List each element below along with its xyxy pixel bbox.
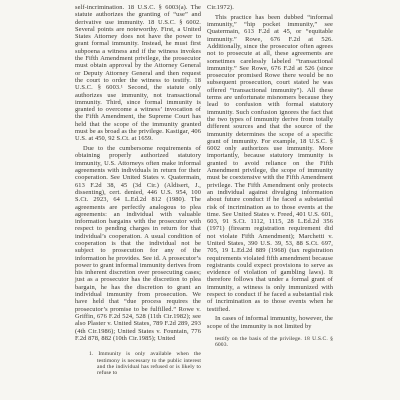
right-text-column: Cir.1972). This practice has been dubbed… (207, 4, 333, 349)
footnote-text: testify on the basis of the privilege. 1… (213, 336, 333, 349)
footnote-text: 1. Immunity is only available when the t… (89, 351, 201, 377)
left-text-column: self-incrimination. 18 U.S.C. § 6003(a).… (75, 4, 201, 377)
paragraph: Due to the cumbersome requirements of ob… (75, 145, 201, 342)
paragraph: This practice has been dubbed “informal … (207, 14, 333, 313)
paragraph: self-incrimination. 18 U.S.C. § 6003(a).… (75, 4, 201, 143)
scanned-document-page: self-incrimination. 18 U.S.C. § 6003(a).… (0, 0, 400, 400)
footnote-1: 1. Immunity is only available when the t… (75, 351, 201, 377)
paragraph: In cases of informal immunity, however, … (207, 315, 333, 330)
footnote-1-continuation: testify on the basis of the privilege. 1… (207, 336, 333, 349)
paragraph: Cir.1972). (207, 4, 333, 11)
